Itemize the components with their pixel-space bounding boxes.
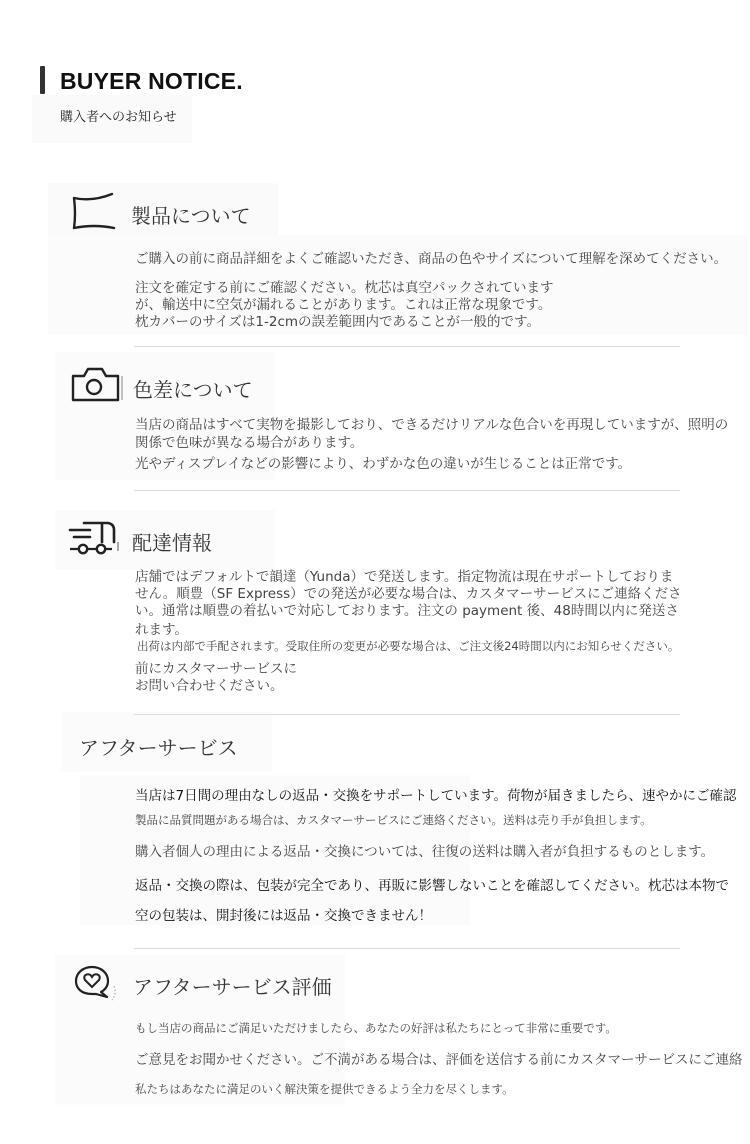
section-title-after-service: アフターサービス xyxy=(79,732,238,761)
section-text: 店舗ではデフォルトで韻達（Yunda）で発送します。指定物流は現在サポートしてお… xyxy=(135,569,673,586)
section-title-after-service-review: アフターサービス評価 xyxy=(133,971,332,1000)
section-text: い。通常は順豊の着払いで対応しております。注文の payment 後、48時間以… xyxy=(135,603,679,620)
section-text: 空の包装は、開封後には返品・交換できません！ xyxy=(135,904,432,924)
section-text: 注文を確定する前にご確認ください。枕芯は真空パックされています xyxy=(135,280,554,297)
section-divider xyxy=(134,490,680,491)
section-title-delivery: 配達情報 xyxy=(132,527,212,556)
section-text: もし当店の商品にご満足いただけましたら、あなたの好評は私たちにとって非常に重要で… xyxy=(135,1021,617,1036)
section-text: 当店の商品はすべて実物を撮影しており、できるだけリアルな色合いを再現していますが… xyxy=(135,417,728,434)
section-text: 関係で色味が異なる場合があります。 xyxy=(135,435,363,452)
page-title: BUYER NOTICE. xyxy=(60,68,243,95)
section-text: が、輸送中に空気が漏れることがあります。これは正常な現象です。 xyxy=(135,297,551,314)
camera-icon xyxy=(70,366,126,404)
section-title-product: 製品について xyxy=(131,200,251,229)
section-text: ご購入の前に商品詳細をよくご確認いただき、商品の色やサイズについて理解を深めてく… xyxy=(135,251,727,268)
section-text: 出荷は内部で手配されます。受取住所の変更が必要な場合は、ご注文後24時間以内にお… xyxy=(137,639,679,654)
section-text: 前にカスタマーサービスに xyxy=(135,661,297,678)
delivery-truck-icon xyxy=(68,520,124,556)
section-divider xyxy=(134,346,680,347)
page-subtitle: 購入者へのお知らせ xyxy=(60,106,177,125)
section-text: れます。 xyxy=(135,622,188,639)
section-text: 光やディスプレイなどの影響により、わずかな色の違いが生じることは正常です。 xyxy=(135,456,631,473)
section-text: 返品・交換の際は、包装が完全であり、再販に影響しないことを確認してください。枕芯… xyxy=(135,874,729,894)
section-title-color-difference: 色差について xyxy=(133,374,253,403)
section-text: 当店は7日間の理由なしの返品・交換をサポートしています。荷物が届きましたら、速や… xyxy=(135,784,737,804)
section-divider xyxy=(134,714,680,715)
title-accent-bar xyxy=(40,66,45,94)
section-text: ご意見をお聞かせください。ご不満がある場合は、評価を送信する前にカスタマーサービ… xyxy=(135,1052,743,1069)
pillow-icon xyxy=(70,192,120,234)
heart-chat-icon xyxy=(74,964,124,1004)
section-text: 製品に品質問題がある場合は、カスタマーサービスにご連絡ください。送料は売り手が負… xyxy=(135,813,652,828)
section-divider xyxy=(134,948,680,949)
section-text: 購入者個人の理由による返品・交換については、往復の送料は購入者が負担するものとし… xyxy=(135,844,714,861)
section-text: 枕カバーのサイズは1-2cmの誤差範囲内であることが一般的です。 xyxy=(135,314,540,331)
section-text: 私たちはあなたに満足のいく解決策を提供できるよう全力を尽くします。 xyxy=(135,1082,514,1097)
section-text: お問い合わせください。 xyxy=(135,678,284,695)
section-text: せん。順豊（SF Express）での発送が必要な場合は、カスタマーサービスにご… xyxy=(135,586,682,603)
